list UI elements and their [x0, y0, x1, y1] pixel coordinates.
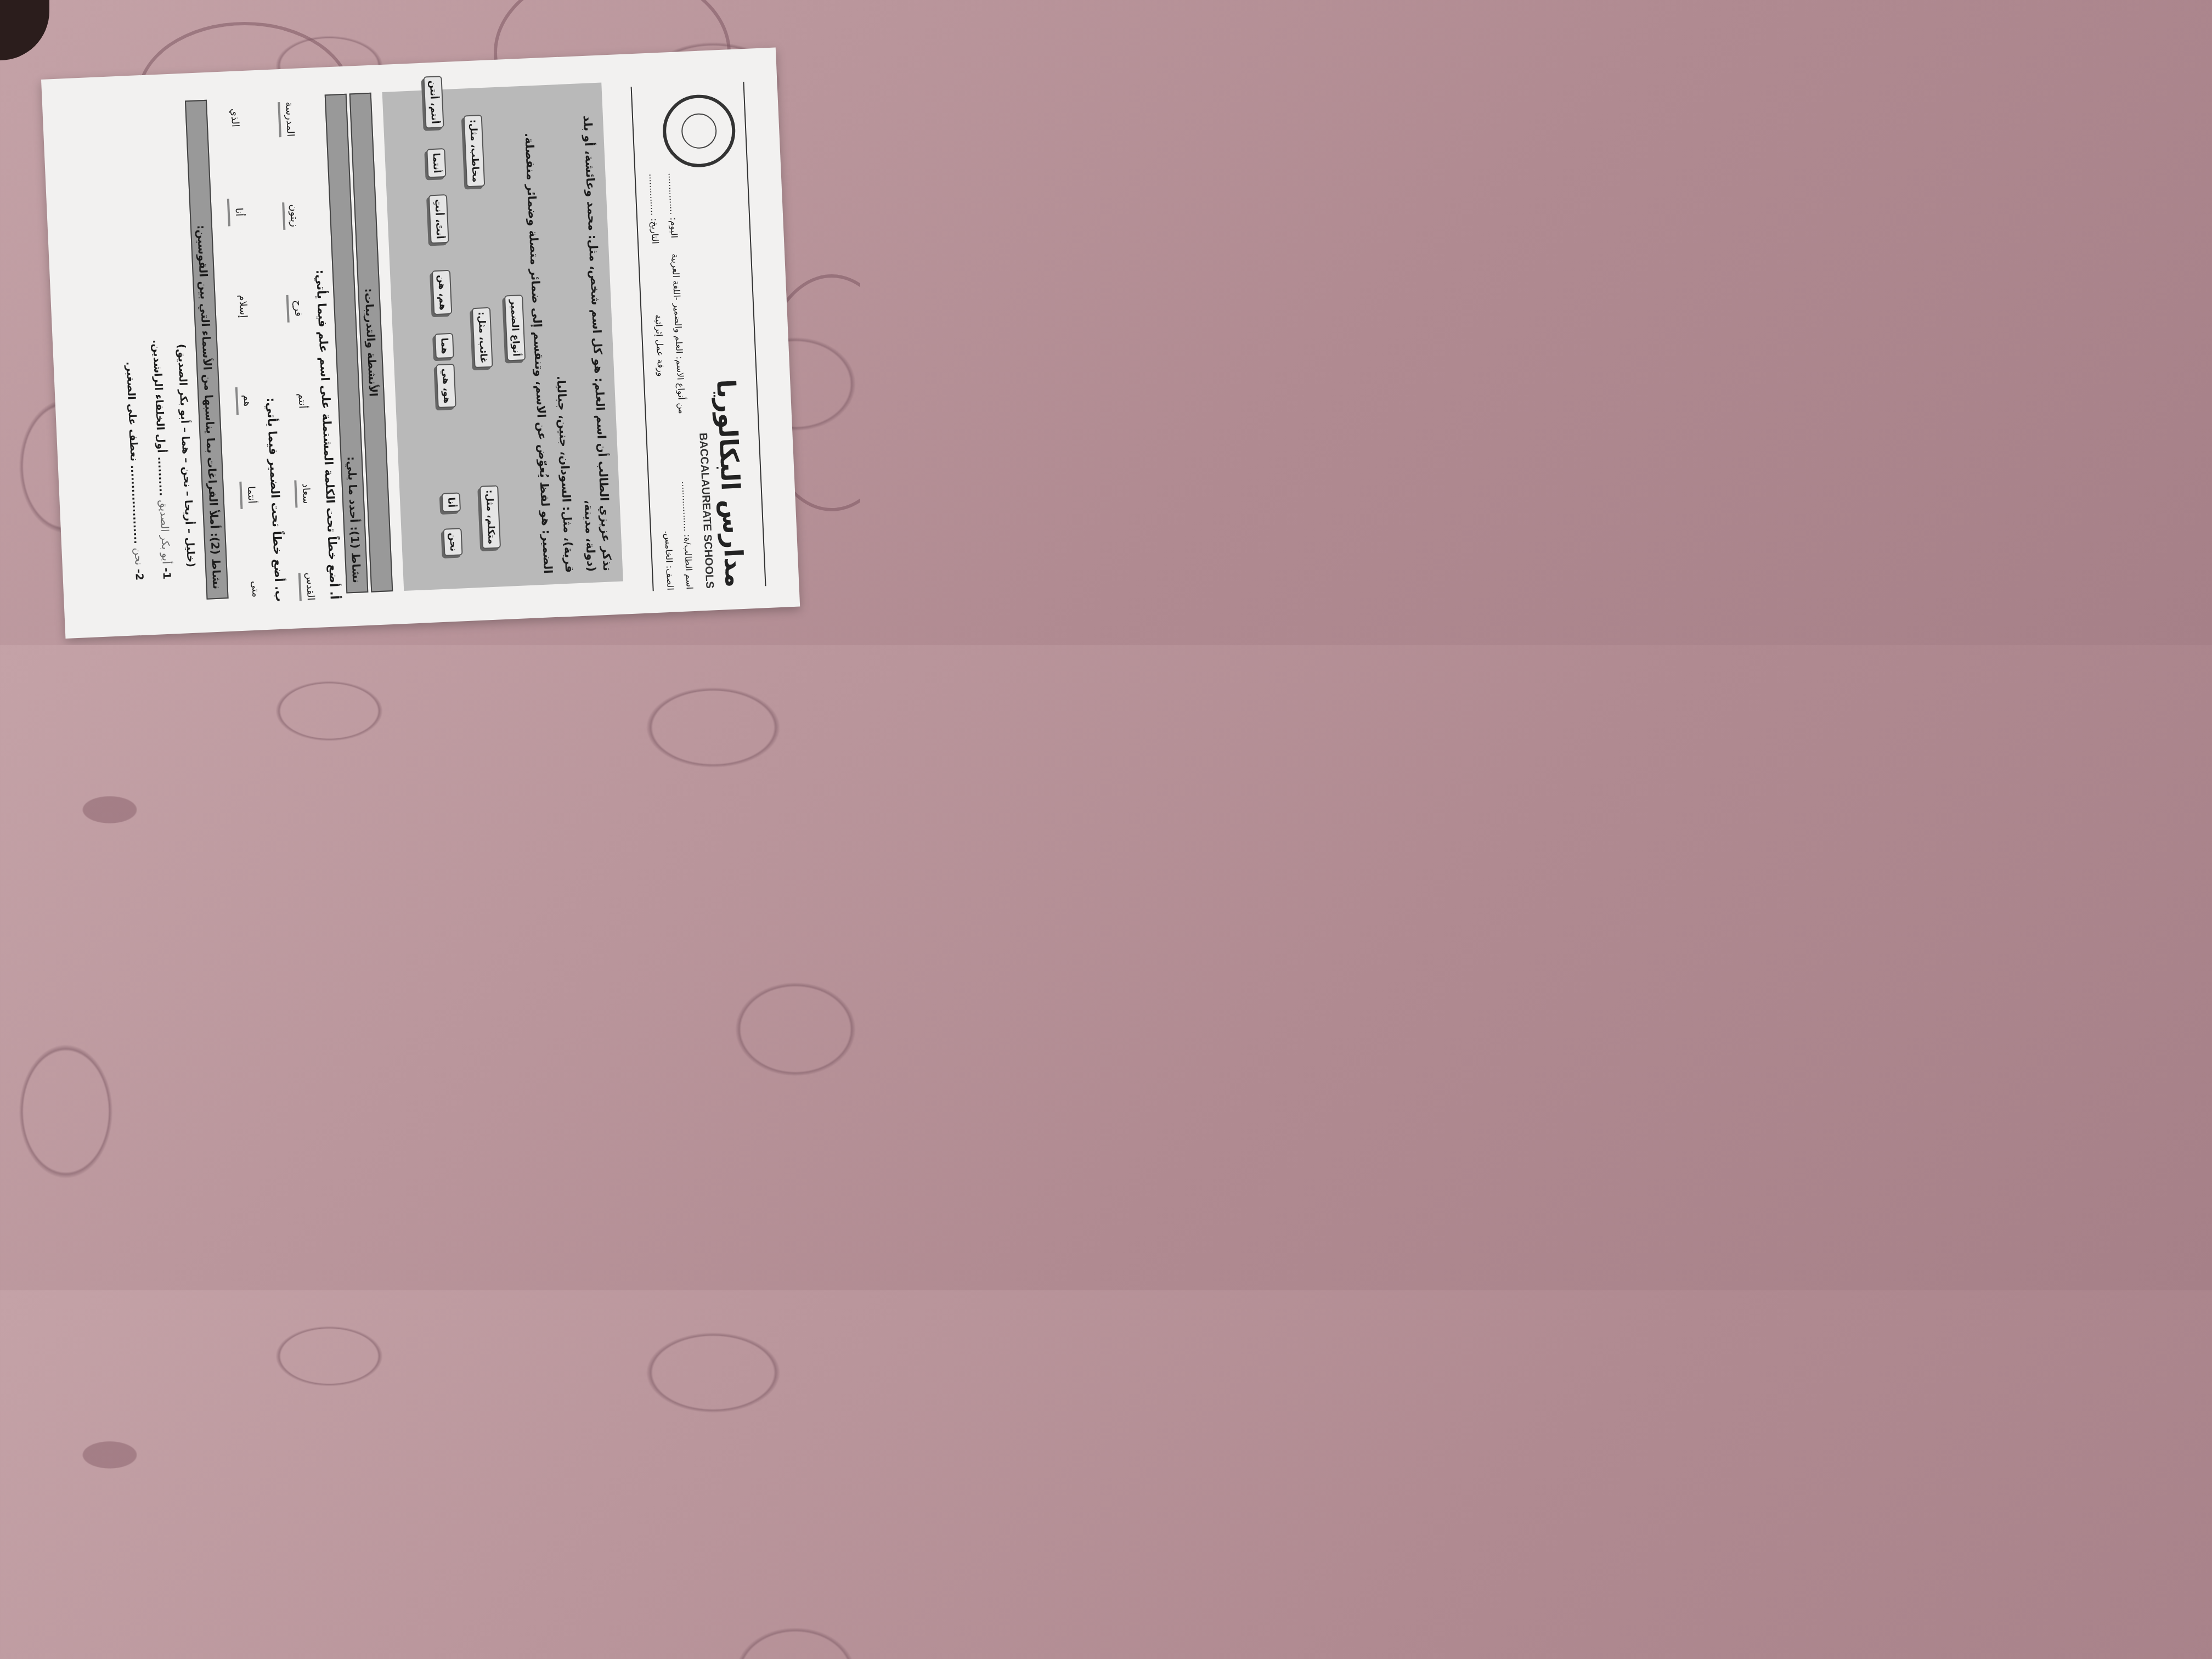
- sentence-number: 2-: [133, 568, 145, 580]
- activity2-sentence-2: 2- نحن .................... نعطف على الص…: [124, 361, 145, 580]
- word-option: أنتما: [239, 481, 257, 509]
- grade-field: الصف: الخامس.: [663, 531, 676, 591]
- school-logo: [661, 93, 737, 169]
- activity1-part-a-words: القدسسعادأنتمفرحزيتونالمدرسة: [278, 101, 317, 601]
- word-option: سعاد: [294, 479, 312, 507]
- word-option: متى: [244, 575, 262, 603]
- tree-item: نحن: [443, 528, 462, 556]
- sentence-text: نعطف على الصغير.: [124, 361, 140, 461]
- word-option: القدس: [298, 572, 317, 601]
- activity2-choices: (خليل – أريحا – نحن – هما – أبو بكر الصد…: [175, 344, 197, 568]
- word-option: زيتون: [282, 202, 300, 230]
- handwritten-answer: أبو بكر الصديق: [157, 499, 172, 564]
- topic-text: من أنواع الاسم: العلم والضمير -اللغة الع…: [670, 253, 687, 414]
- worksheet-paper: مدارس البكالوريا BACCALAUREATE SCHOOLS ا…: [41, 48, 800, 639]
- word-option: إسلام: [231, 292, 249, 320]
- activity1-part-b-prompt: ب. أضع خطاً تحت الضمير فيما يأتي:: [264, 397, 286, 602]
- handwritten-answer: نحن: [132, 548, 144, 566]
- worksheet-content: مدارس البكالوريا BACCALAUREATE SCHOOLS ا…: [53, 59, 778, 638]
- word-option: أنا: [227, 198, 245, 226]
- tree-item: هم، هن: [432, 270, 452, 315]
- day-field: اليوم: ...............: [667, 173, 680, 239]
- school-name-en: BACCALAUREATE SCHOOLS: [696, 432, 715, 589]
- tree-item: أنتما: [426, 148, 446, 178]
- word-option: الذي: [223, 104, 241, 132]
- tree-item: هما: [435, 333, 454, 359]
- worksheet-type: ورقة عمل إثرائية: [653, 314, 667, 377]
- sentence-text: أول الخلفاء الراشدين.: [150, 340, 167, 454]
- word-option: أنتم: [290, 387, 308, 415]
- word-option: المدرسة: [278, 101, 296, 137]
- tree-category: غائب، مثل:: [472, 307, 493, 368]
- recap-box: تذكر عزيزي الطالب أن اسم العلم: هو كل اس…: [382, 82, 623, 591]
- word-option: فرح: [286, 294, 304, 322]
- tree-item: أنا: [442, 493, 461, 512]
- activity2-sentence-1: 1- أبو بكر الصديق .......... أول الخلفاء…: [150, 340, 173, 580]
- school-name-ar: مدارس البكالوريا: [711, 379, 750, 588]
- tree-item: أنتَ، أنتِ: [428, 194, 449, 244]
- background-shadow: [0, 0, 49, 60]
- sentence-number: 1-: [160, 567, 173, 579]
- tree-category: متكلم، مثل:: [479, 485, 501, 549]
- tree-item: هو، هي: [436, 364, 456, 408]
- activity1-part-b-words: متىأنتماهمإسلامأناالذي: [223, 104, 262, 603]
- date-field: التاريخ: ...............: [647, 173, 661, 244]
- word-option: هم: [235, 387, 253, 415]
- worksheet-header: مدارس البكالوريا BACCALAUREATE SCHOOLS ا…: [623, 60, 767, 613]
- tree-root: أنواع الضمير: [504, 295, 526, 361]
- tree-category: مخاطب، مثل:: [464, 115, 486, 187]
- logo-emblem-icon: [681, 112, 718, 149]
- tree-item: أنتم، أنتن: [423, 76, 444, 129]
- student-name-field: اسم الطالب/ة: ..................: [680, 481, 695, 590]
- header-top-rule: [743, 82, 766, 586]
- pronoun-tree: أنواع الضمير متكلم، مثل: غائب، مثل: مخاط…: [394, 103, 540, 574]
- header-bottom-rule: [631, 87, 654, 591]
